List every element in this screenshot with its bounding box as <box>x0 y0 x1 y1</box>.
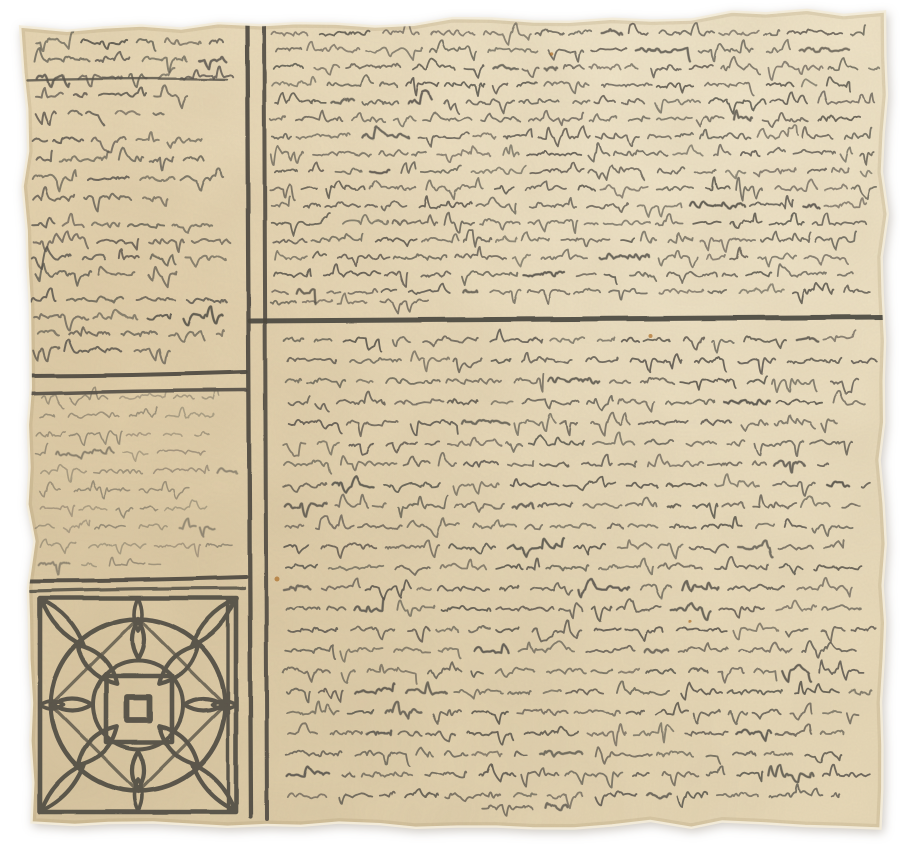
stain-speck <box>275 577 280 582</box>
scan-backdrop <box>0 0 900 849</box>
manuscript-paper <box>0 0 900 849</box>
stain-speck <box>688 619 691 622</box>
stain-speck <box>550 52 554 56</box>
stain-speck <box>649 334 653 338</box>
